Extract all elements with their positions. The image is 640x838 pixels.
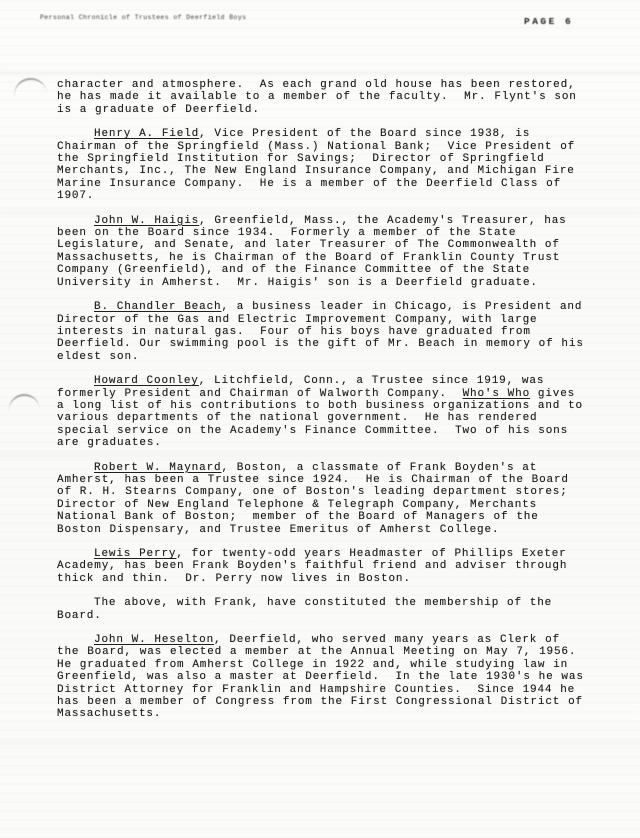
underlined-name: Lewis Perry <box>94 548 176 560</box>
underlined-name: Who's Who <box>463 388 530 400</box>
underlined-name: John W. Haigis <box>94 215 199 227</box>
running-title: Personal Chronicle of Trustees of Deerfi… <box>40 14 246 21</box>
paragraph: John W. Haigis, Greenfield, Mass., the A… <box>57 215 589 289</box>
paragraph: B. Chandler Beach, a business leader in … <box>57 301 589 363</box>
paragraph: Lewis Perry, for twenty-odd years Headma… <box>57 548 589 585</box>
paragraph-text: The above, with Frank, have constituted … <box>57 597 560 621</box>
underlined-name: Robert W. Maynard <box>94 462 221 474</box>
paragraph: Robert W. Maynard, Boston, a classmate o… <box>57 462 589 536</box>
paragraph: The above, with Frank, have constituted … <box>57 597 589 622</box>
document-body: character and atmosphere. As each grand … <box>57 79 589 733</box>
scan-streak <box>0 740 640 745</box>
underlined-name: Howard Coonley <box>94 375 199 387</box>
scanned-document-page: Personal Chronicle of Trustees of Deerfi… <box>0 0 640 838</box>
underlined-name: B. Chandler Beach <box>94 301 221 313</box>
scan-streak <box>0 70 640 76</box>
paragraph: John W. Heselton, Deerfield, who served … <box>57 634 589 721</box>
page-number-label: PAGE 6 <box>524 16 573 27</box>
paragraph: Howard Coonley, Litchfield, Conn., a Tru… <box>57 375 589 449</box>
underlined-name: Henry A. Field <box>94 128 199 140</box>
underlined-name: John W. Heselton <box>94 634 214 646</box>
paragraph-text: character and atmosphere. As each grand … <box>57 79 585 116</box>
pen-mark-icon <box>12 76 47 97</box>
paragraph: Henry A. Field, Vice President of the Bo… <box>57 128 589 202</box>
paragraph: character and atmosphere. As each grand … <box>57 79 589 116</box>
pen-mark-icon <box>7 392 40 411</box>
paragraph-text: , Deerfield, who served many years as Cl… <box>57 634 592 720</box>
